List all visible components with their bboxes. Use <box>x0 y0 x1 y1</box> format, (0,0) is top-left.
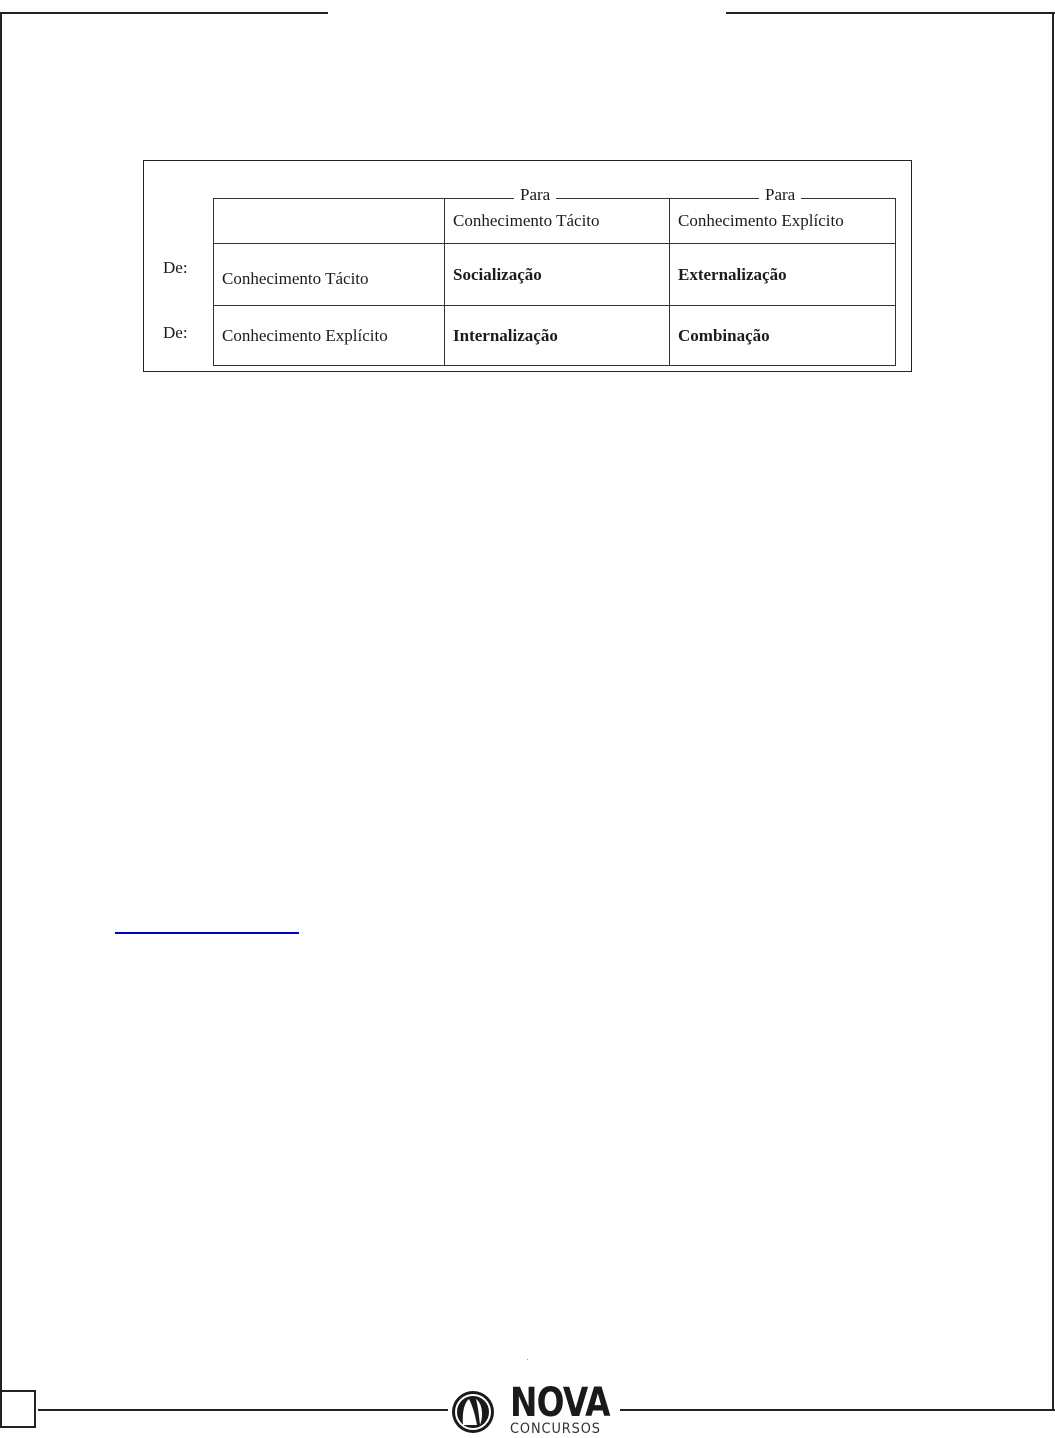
page-frame-top-right <box>726 12 1055 14</box>
header-cell-explicit: Conhecimento Explícito <box>670 199 896 244</box>
cell-socializacao: Socialização <box>445 244 670 306</box>
logo-wordmark: NOVA <box>510 1381 610 1425</box>
logo-mark-icon <box>450 1389 496 1435</box>
page-frame-right <box>1052 12 1054 1411</box>
page-frame-bottom-right <box>618 1409 1055 1411</box>
row-group-label-1: De: <box>163 258 188 278</box>
logo-subtitle: CONCURSOS <box>510 1421 601 1437</box>
cell-combinacao: Combinação <box>670 306 896 366</box>
hyperlink[interactable] <box>115 932 299 934</box>
page-frame-bottom-left <box>38 1409 448 1411</box>
column-group-label-2: Para <box>759 185 801 205</box>
table-row: Conhecimento Tácito Socialização Externa… <box>214 244 896 306</box>
nova-concursos-logo: NOVA CONCURSOS <box>448 1383 620 1438</box>
table-header-row: Conhecimento Tácito Conhecimento Explíci… <box>214 199 896 244</box>
row-group-label-2: De: <box>163 323 188 343</box>
cell-internalizacao: Internalização <box>445 306 670 366</box>
knowledge-conversion-matrix: Conhecimento Tácito Conhecimento Explíci… <box>213 198 896 366</box>
artifact-dot <box>527 1359 528 1360</box>
column-group-label-1: Para <box>514 185 556 205</box>
row-label-tacit: Conhecimento Tácito <box>214 244 445 306</box>
header-cell-tacit: Conhecimento Tácito <box>445 199 670 244</box>
table-row: Conhecimento Explícito Internalização Co… <box>214 306 896 366</box>
cell-externalizacao: Externalização <box>670 244 896 306</box>
page-frame-top-left <box>0 12 328 14</box>
page-number-box <box>0 1390 36 1428</box>
page-frame-left <box>0 12 2 1390</box>
header-cell-empty <box>214 199 445 244</box>
row-label-explicit: Conhecimento Explícito <box>214 306 445 366</box>
